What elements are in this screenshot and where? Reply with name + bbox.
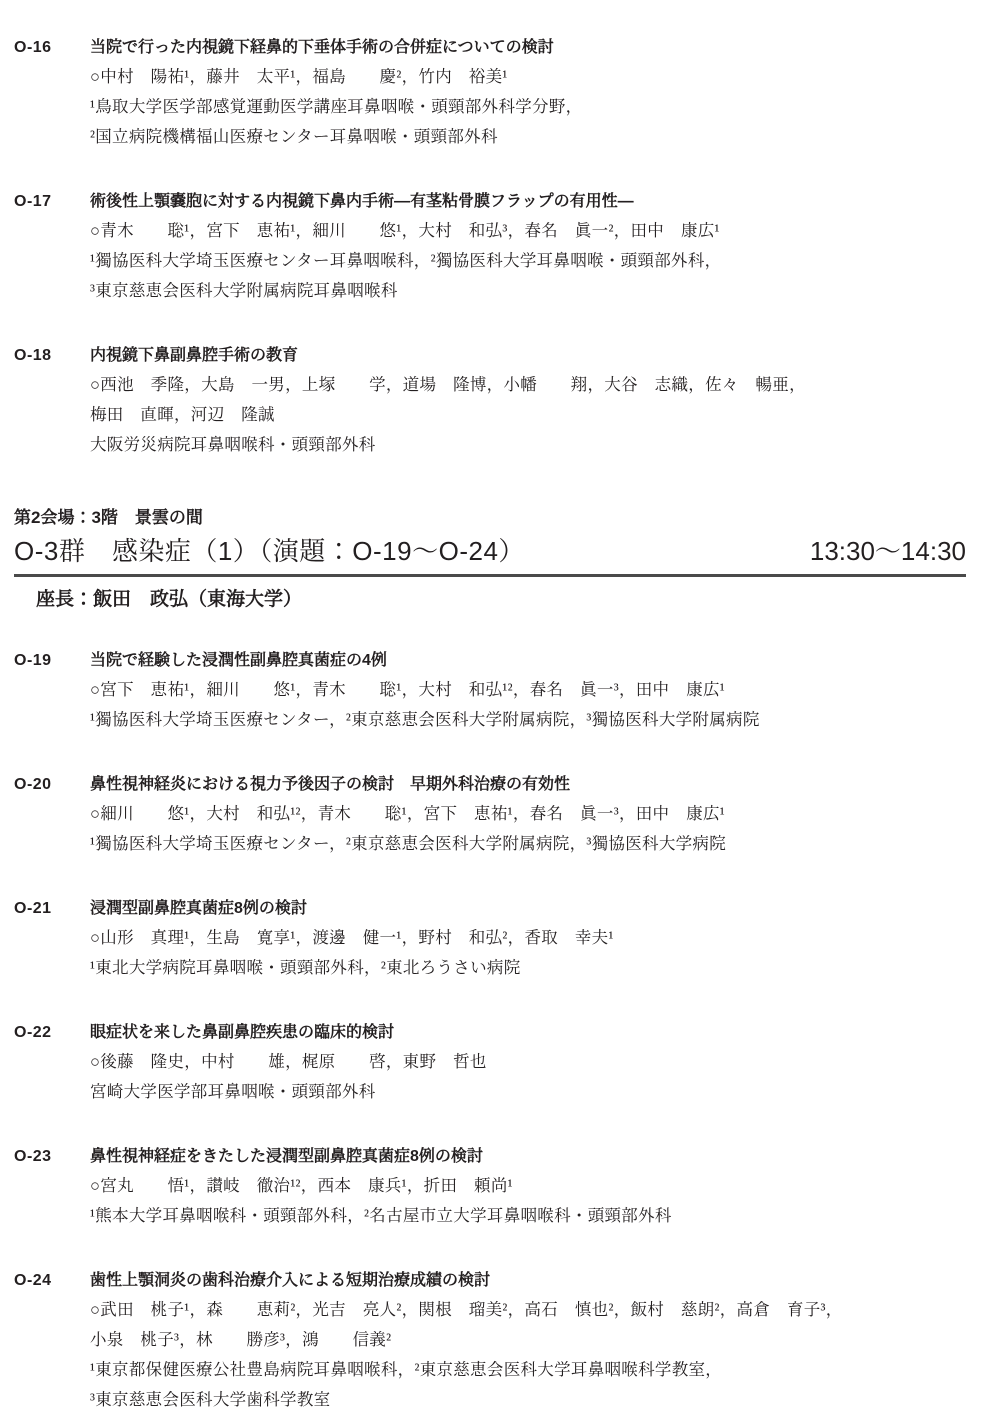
- entry-affiliation: ¹東北大学病院耳鼻咽喉・頭頸部外科，²東北ろうさい病院: [90, 953, 966, 983]
- entry-authors: ○宮下 恵祐¹，細川 悠¹，青木 聡¹，大村 和弘¹²，春名 眞一³，田中 康広…: [90, 675, 966, 705]
- entry-title: 歯性上顎洞炎の歯科治療介入による短期治療成績の検討: [90, 1267, 966, 1295]
- entry-title: 浸潤型副鼻腔真菌症8例の検討: [90, 895, 966, 923]
- entry-id: O-18: [14, 342, 90, 370]
- entry-authors: ○武田 桃子¹，森 恵莉²，光吉 亮人²，関根 瑠美²，高石 慎也²，飯村 慈朗…: [90, 1295, 966, 1325]
- entry-authors: ○青木 聡¹，宮下 恵祐¹，細川 悠¹，大村 和弘³，春名 眞一²，田中 康広¹: [90, 216, 966, 246]
- entry-affiliation: 大阪労災病院耳鼻咽喉科・頭頸部外科: [90, 430, 966, 460]
- entry-id: O-16: [14, 34, 90, 62]
- entry-title: 当院で経験した浸潤性副鼻腔真菌症の4例: [90, 647, 966, 675]
- program-page: O-16当院で行った内視鏡下経鼻的下垂体手術の合併症についての検討○中村 陽祐¹…: [0, 0, 986, 1410]
- program-entry-O-22: O-22眼症状を来した鼻副鼻腔疾患の臨床的検討○後藤 隆史，中村 雄，梶原 啓，…: [14, 1019, 966, 1107]
- entry-affiliation: ³東京慈恵会医科大学附属病院耳鼻咽喉科: [90, 276, 966, 306]
- program-entry-O-19: O-19当院で経験した浸潤性副鼻腔真菌症の4例○宮下 恵祐¹，細川 悠¹，青木 …: [14, 647, 966, 735]
- session-chair: 座長：飯田 政弘（東海大学）: [14, 587, 966, 613]
- entry-body: 浸潤型副鼻腔真菌症8例の検討○山形 真理¹，生島 寛享¹，渡邊 健一¹，野村 和…: [90, 895, 966, 983]
- entry-list-bottom: O-19当院で経験した浸潤性副鼻腔真菌症の4例○宮下 恵祐¹，細川 悠¹，青木 …: [14, 647, 966, 1410]
- entry-title: 内視鏡下鼻副鼻腔手術の教育: [90, 342, 966, 370]
- entry-id: O-19: [14, 647, 90, 675]
- entry-authors: 梅田 直暉，河辺 隆誠: [90, 400, 966, 430]
- entry-list-top: O-16当院で行った内視鏡下経鼻的下垂体手術の合併症についての検討○中村 陽祐¹…: [14, 34, 966, 460]
- session-divider: [14, 574, 966, 577]
- entry-title: 鼻性視神経炎における視力予後因子の検討 早期外科治療の有効性: [90, 771, 966, 799]
- program-entry-O-17: O-17術後性上顎嚢胞に対する内視鏡下鼻内手術―有茎粘骨膜フラップの有用性―○青…: [14, 188, 966, 306]
- session-title: O-3群 感染症（1）（演題：O-19～O-24）: [14, 532, 525, 570]
- program-entry-O-18: O-18内視鏡下鼻副鼻腔手術の教育○西池 季隆，大島 一男，上塚 学，道場 隆博…: [14, 342, 966, 460]
- entry-affiliation: ¹獨協医科大学埼玉医療センター，²東京慈恵会医科大学附属病院，³獨協医科大学病院: [90, 829, 966, 859]
- entry-affiliation: ²国立病院機構福山医療センター耳鼻咽喉・頭頸部外科: [90, 122, 966, 152]
- session-title-row: O-3群 感染症（1）（演題：O-19～O-24） 13:30～14:30: [14, 532, 966, 570]
- entry-authors: ○中村 陽祐¹，藤井 太平¹，福島 慶²，竹内 裕美¹: [90, 62, 966, 92]
- entry-body: 当院で行った内視鏡下経鼻的下垂体手術の合併症についての検討○中村 陽祐¹，藤井 …: [90, 34, 966, 152]
- entry-title: 術後性上顎嚢胞に対する内視鏡下鼻内手術―有茎粘骨膜フラップの有用性―: [90, 188, 966, 216]
- entry-authors: ○細川 悠¹，大村 和弘¹²，青木 聡¹，宮下 恵祐¹，春名 眞一³，田中 康広…: [90, 799, 966, 829]
- entry-body: 内視鏡下鼻副鼻腔手術の教育○西池 季隆，大島 一男，上塚 学，道場 隆博，小幡 …: [90, 342, 966, 460]
- entry-affiliation: ¹鳥取大学医学部感覚運動医学講座耳鼻咽喉・頭頸部外科学分野，: [90, 92, 966, 122]
- entry-body: 術後性上顎嚢胞に対する内視鏡下鼻内手術―有茎粘骨膜フラップの有用性―○青木 聡¹…: [90, 188, 966, 306]
- entry-id: O-23: [14, 1143, 90, 1171]
- program-entry-O-16: O-16当院で行った内視鏡下経鼻的下垂体手術の合併症についての検討○中村 陽祐¹…: [14, 34, 966, 152]
- entry-title: 鼻性視神経症をきたした浸潤型副鼻腔真菌症8例の検討: [90, 1143, 966, 1171]
- entry-affiliation: ¹東京都保健医療公社豊島病院耳鼻咽喉科，²東京慈恵会医科大学耳鼻咽喉科学教室，: [90, 1355, 966, 1385]
- entry-id: O-20: [14, 771, 90, 799]
- entry-id: O-24: [14, 1267, 90, 1295]
- entry-title: 眼症状を来した鼻副鼻腔疾患の臨床的検討: [90, 1019, 966, 1047]
- session-header: 第2会場：3階 景雲の間 O-3群 感染症（1）（演題：O-19～O-24） 1…: [14, 506, 966, 613]
- entry-authors: ○後藤 隆史，中村 雄，梶原 啓，東野 哲也: [90, 1047, 966, 1077]
- program-entry-O-23: O-23鼻性視神経症をきたした浸潤型副鼻腔真菌症8例の検討○宮丸 悟¹，讃岐 徹…: [14, 1143, 966, 1231]
- entry-affiliation: ³東京慈恵会医科大学歯科学教室: [90, 1385, 966, 1410]
- entry-body: 当院で経験した浸潤性副鼻腔真菌症の4例○宮下 恵祐¹，細川 悠¹，青木 聡¹，大…: [90, 647, 966, 735]
- entry-affiliation: ¹獨協医科大学埼玉医療センター，²東京慈恵会医科大学附属病院，³獨協医科大学附属…: [90, 705, 966, 735]
- program-entry-O-21: O-21浸潤型副鼻腔真菌症8例の検討○山形 真理¹，生島 寛享¹，渡邊 健一¹，…: [14, 895, 966, 983]
- entry-authors: ○西池 季隆，大島 一男，上塚 学，道場 隆博，小幡 翔，大谷 志織，佐々 暢亜…: [90, 370, 966, 400]
- entry-affiliation: 宮崎大学医学部耳鼻咽喉・頭頸部外科: [90, 1077, 966, 1107]
- entry-id: O-17: [14, 188, 90, 216]
- entry-id: O-21: [14, 895, 90, 923]
- entry-body: 歯性上顎洞炎の歯科治療介入による短期治療成績の検討○武田 桃子¹，森 恵莉²，光…: [90, 1267, 966, 1410]
- entry-authors: ○山形 真理¹，生島 寛享¹，渡邊 健一¹，野村 和弘²，香取 幸夫¹: [90, 923, 966, 953]
- session-room: 第2会場：3階 景雲の間: [14, 506, 966, 530]
- program-entry-O-24: O-24歯性上顎洞炎の歯科治療介入による短期治療成績の検討○武田 桃子¹，森 恵…: [14, 1267, 966, 1410]
- program-entry-O-20: O-20鼻性視神経炎における視力予後因子の検討 早期外科治療の有効性○細川 悠¹…: [14, 771, 966, 859]
- entry-affiliation: ¹熊本大学耳鼻咽喉科・頭頸部外科，²名古屋市立大学耳鼻咽喉科・頭頸部外科: [90, 1201, 966, 1231]
- entry-authors: ○宮丸 悟¹，讃岐 徹治¹²，西本 康兵¹，折田 頼尚¹: [90, 1171, 966, 1201]
- entry-id: O-22: [14, 1019, 90, 1047]
- session-time: 13:30～14:30: [810, 532, 966, 570]
- entry-affiliation: ¹獨協医科大学埼玉医療センター耳鼻咽喉科，²獨協医科大学耳鼻咽喉・頭頸部外科，: [90, 246, 966, 276]
- entry-body: 鼻性視神経症をきたした浸潤型副鼻腔真菌症8例の検討○宮丸 悟¹，讃岐 徹治¹²，…: [90, 1143, 966, 1231]
- entry-title: 当院で行った内視鏡下経鼻的下垂体手術の合併症についての検討: [90, 34, 966, 62]
- entry-authors: 小泉 桃子³，林 勝彦³，鴻 信義²: [90, 1325, 966, 1355]
- entry-body: 眼症状を来した鼻副鼻腔疾患の臨床的検討○後藤 隆史，中村 雄，梶原 啓，東野 哲…: [90, 1019, 966, 1107]
- entry-body: 鼻性視神経炎における視力予後因子の検討 早期外科治療の有効性○細川 悠¹，大村 …: [90, 771, 966, 859]
